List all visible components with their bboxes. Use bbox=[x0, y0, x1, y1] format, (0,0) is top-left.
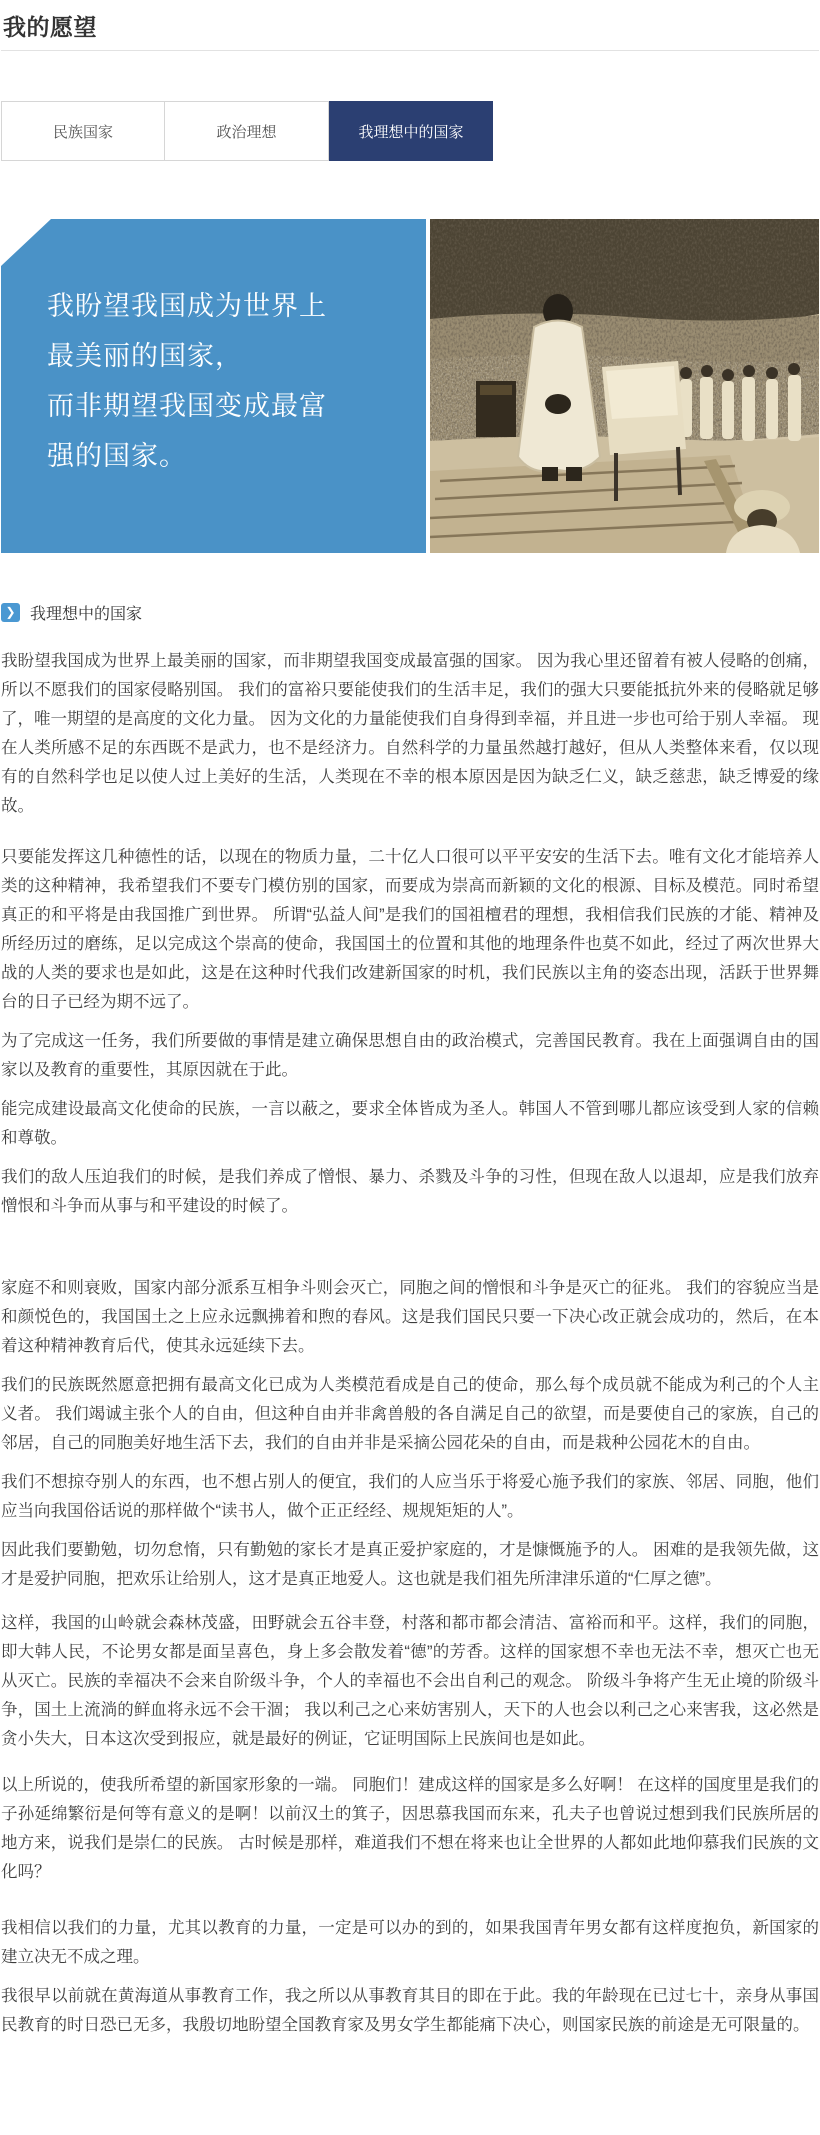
quote-box: 我盼望我国成为世界上 最美丽的国家， 而非期望我国变成最富 强的国家。 bbox=[1, 219, 426, 553]
article-paragraph: 我们不想掠夺别人的东西，也不想占别人的便宜，我们的人应当乐于将爱心施予我们的家族… bbox=[1, 1468, 819, 1526]
quote-line: 而非期望我国变成最富 bbox=[47, 381, 406, 431]
article-paragraph: 家庭不和则衰败，国家内部分派系互相争斗则会灭亡，同胞之间的憎恨和斗争是灭亡的征兆… bbox=[1, 1274, 819, 1361]
article-paragraph: 我们的敌人压迫我们的时候，是我们养成了憎恨、暴力、杀戮及斗争的习性，但现在敌人以… bbox=[1, 1163, 819, 1221]
tab-bar: 民族国家 政治理想 我理想中的国家 bbox=[1, 101, 819, 161]
article-paragraph: 这样，我国的山岭就会森林茂盛，田野就会五谷丰登，村落和都市都会清洁、富裕而和平。… bbox=[1, 1609, 819, 1754]
article-paragraph: 能完成建设最高文化使命的民族，一言以蔽之，要求全体皆成为圣人。韩国人不管到哪儿都… bbox=[1, 1095, 819, 1153]
article-paragraph: 我很早以前就在黄海道从事教育工作，我之所以从事教育其目的即在于此。我的年龄现在已… bbox=[1, 1982, 819, 2040]
article-paragraph: 因此我们要勤勉，切勿怠惰，只有勤勉的家长才是真正爱护家庭的，才是慷慨施予的人。 … bbox=[1, 1536, 819, 1594]
section-heading-text: 我理想中的国家 bbox=[30, 601, 142, 624]
article-body: 我盼望我国成为世界上最美丽的国家，而非期望我国变成最富强的国家。 因为我心里还留… bbox=[1, 647, 819, 2084]
article-paragraph: 我相信以我们的力量，尤其以教育的力量，一定是可以办的到的，如果我国青年男女都有这… bbox=[1, 1914, 819, 1972]
article-paragraph: 以上所说的，使我所希望的新国家形象的一端。 同胞们！建成这样的国家是多么好啊！ … bbox=[1, 1771, 819, 1887]
quote-line: 强的国家。 bbox=[47, 431, 406, 481]
article-paragraph: 我们的民族既然愿意把拥有最高文化已成为人类模范看成是自己的使命，那么每个成员就不… bbox=[1, 1371, 819, 1458]
crowd-speech-photo-illustration bbox=[430, 219, 819, 553]
tab-my-ideal-country[interactable]: 我理想中的国家 bbox=[329, 101, 493, 161]
quote-line: 最美丽的国家， bbox=[47, 331, 406, 381]
tab-political-ideal[interactable]: 政治理想 bbox=[165, 101, 329, 161]
article-paragraph: 为了完成这一任务，我们所要做的事情是建立确保思想自由的政治模式，完善国民教育。我… bbox=[1, 1027, 819, 1085]
article-paragraph: 只要能发挥这几种德性的话，以现在的物质力量，二十亿人口很可以平平安安的生活下去。… bbox=[1, 843, 819, 1017]
tab-national-state[interactable]: 民族国家 bbox=[1, 101, 165, 161]
page: 我的愿望 民族国家 政治理想 我理想中的国家 我盼望我国成为世界上 最美丽的国家… bbox=[0, 0, 820, 2084]
chevron-right-icon: ❯ bbox=[1, 603, 20, 622]
article-paragraph: 我盼望我国成为世界上最美丽的国家，而非期望我国变成最富强的国家。 因为我心里还留… bbox=[1, 647, 819, 821]
quote-line: 我盼望我国成为世界上 bbox=[47, 281, 406, 331]
banner: 我盼望我国成为世界上 最美丽的国家， 而非期望我国变成最富 强的国家。 bbox=[1, 219, 819, 553]
title-divider bbox=[1, 50, 819, 51]
page-title: 我的愿望 bbox=[1, 0, 819, 50]
historical-photo bbox=[430, 219, 819, 553]
section-heading: ❯ 我理想中的国家 bbox=[1, 601, 819, 624]
